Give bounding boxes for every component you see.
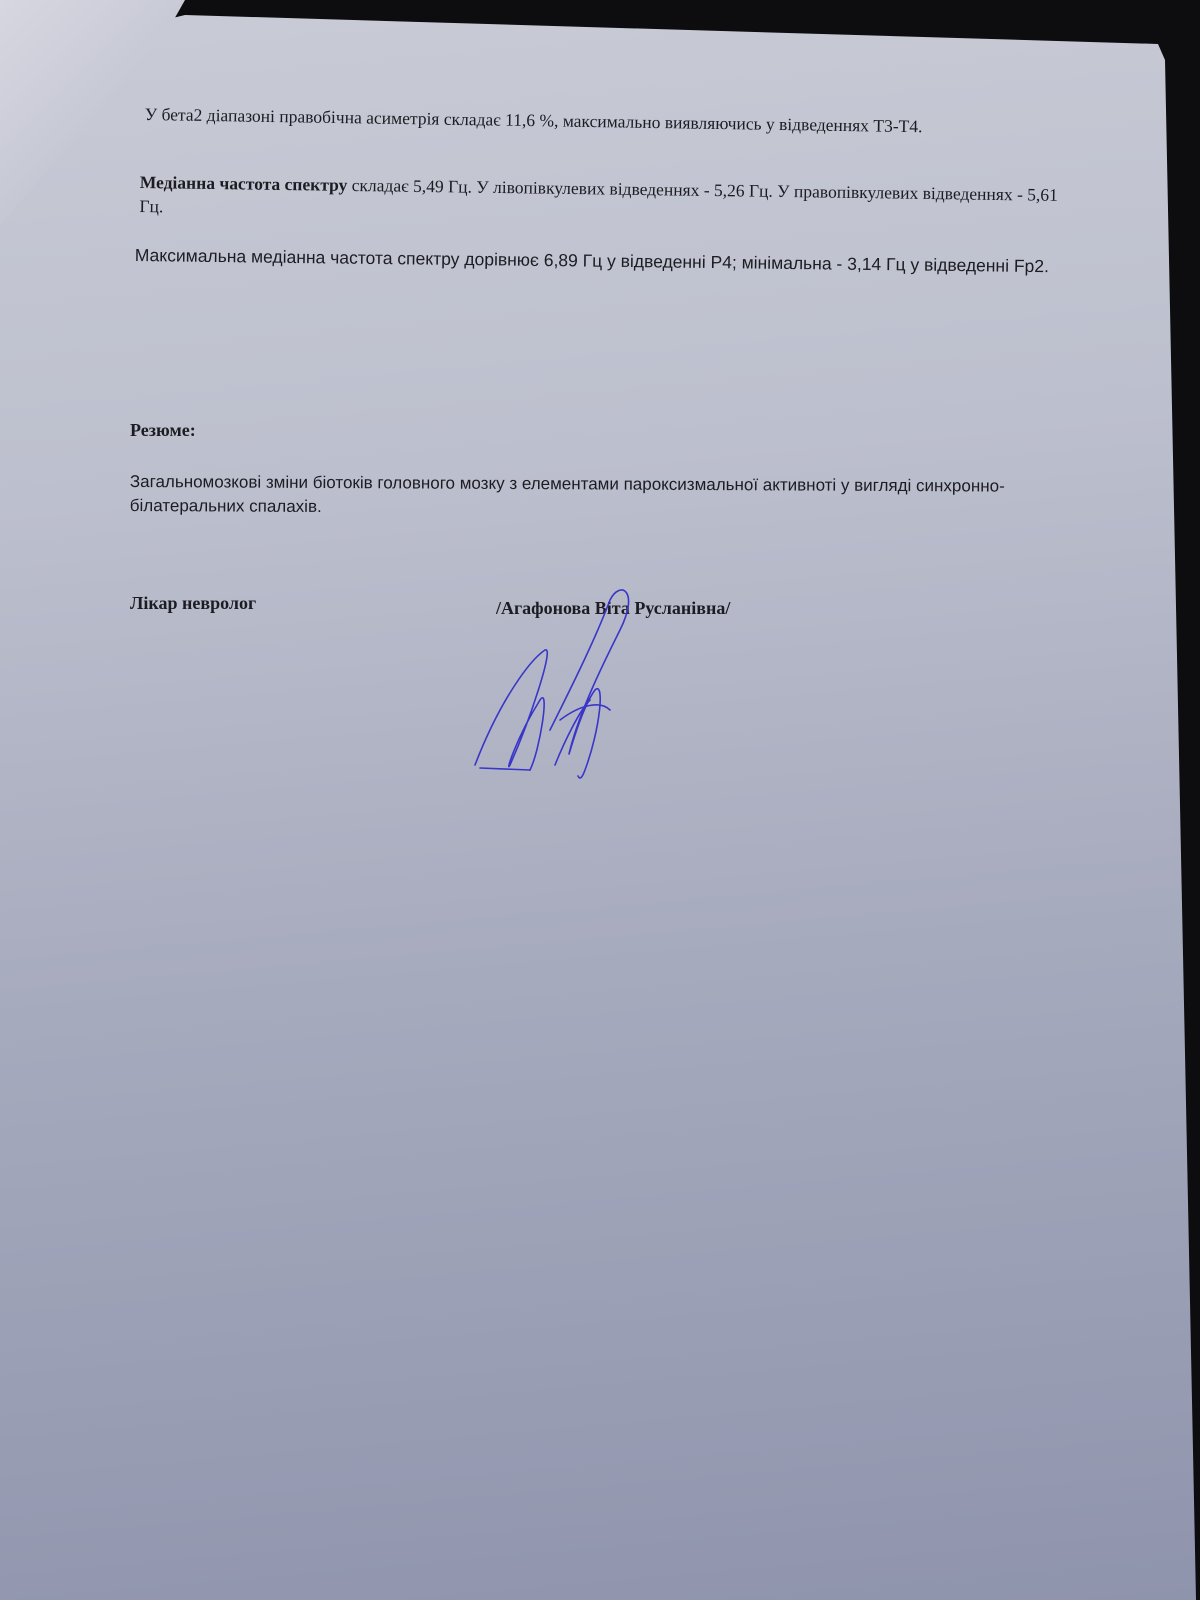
signature-role: Лікар невролог: [130, 591, 256, 615]
resume-text: Загальномозкові зміни біотоків головного…: [130, 470, 1080, 523]
paragraph-bold-lead: Медіанна частота спектру: [140, 172, 348, 195]
document-page: [0, 0, 1200, 1600]
resume-heading: Резюме:: [130, 418, 196, 442]
handwritten-signature-icon: [470, 580, 670, 800]
